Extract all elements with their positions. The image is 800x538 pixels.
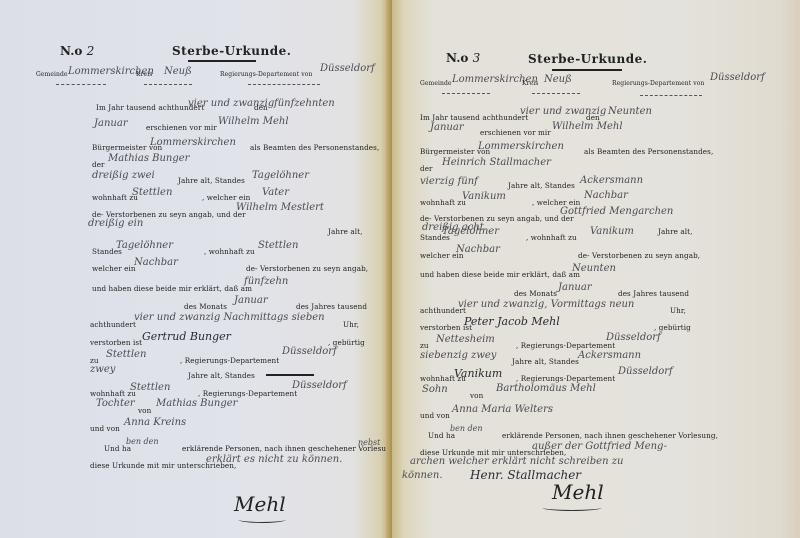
regdept-label: Regierungs-Departement von — [612, 80, 704, 87]
signing-note-3: können. — [402, 470, 443, 481]
place-value: Lommerskirchen — [150, 137, 236, 148]
left-page: N.o 2 Sterbe-Urkunde. Gemeinde Lommerski… — [0, 0, 392, 538]
relation-to-parents: Tochter — [96, 398, 135, 409]
declarant2-relation: Nachbar — [134, 257, 178, 268]
place-value: Lommerskirchen — [478, 141, 564, 152]
day-value: fünfzehnten — [274, 98, 335, 109]
declarant1-relation: Nachbar — [584, 190, 628, 201]
death-day: fünfzehn — [244, 276, 288, 287]
deceased-name: Peter Jacob Mehl — [464, 315, 560, 328]
declarant1-age: vierzig fünf — [420, 176, 478, 187]
kreis-label: Kreis — [522, 80, 538, 87]
declarant2-residence: Stettlen — [258, 240, 298, 251]
gemeinde-label: Gemeinde — [36, 71, 68, 78]
declarant1-name: Heinrich Stallmacher — [442, 157, 551, 168]
declarant2-profession: Tagelöhner — [116, 240, 173, 251]
official-signature: Mehl — [552, 480, 604, 504]
title-rule — [552, 69, 622, 71]
record-number: N.o 2 — [60, 44, 94, 58]
death-year-time: vier und zwanzig, Vormittags neun — [458, 299, 634, 310]
official-name: Wilhelm Mehl — [552, 121, 623, 132]
regdept-value: Düsseldorf — [320, 63, 375, 74]
title-rule — [188, 60, 256, 62]
mother-name: Anna Kreins — [124, 417, 186, 428]
relation-to-parents: Sohn — [422, 384, 448, 395]
father-name: Bartholomäus Mehl — [496, 383, 596, 394]
regdept-value: Düsseldorf — [710, 72, 765, 83]
death-day: Neunten — [572, 263, 616, 274]
declarant1-residence: Vanikum — [462, 191, 506, 202]
birth-dept: Düsseldorf — [282, 346, 337, 357]
death-month: Januar — [558, 282, 592, 293]
signing-note: außer der Gottfried Meng- — [532, 441, 667, 452]
deceased-name: Gertrud Bunger — [142, 330, 231, 343]
declarant2-name: Wilhelm Mestlert — [236, 202, 324, 213]
kreis-label: Kreis — [136, 71, 152, 78]
deceased-profession: Ackersmann — [578, 350, 641, 361]
declarant1-name: Mathias Bunger — [108, 153, 189, 164]
document-title: Sterbe-Urkunde. — [172, 44, 291, 58]
deceased-age: siebenzig zwey — [420, 350, 496, 361]
kreis-value: Neuß — [544, 74, 572, 85]
deceased-age: zwey — [90, 364, 115, 375]
mother-name: Anna Maria Welters — [452, 404, 553, 415]
record-number: N.o 3 — [446, 51, 480, 65]
month-value: Januar — [94, 118, 128, 129]
residence-dept: Düsseldorf — [618, 366, 673, 377]
declarant1-age: dreißig zwei — [92, 170, 155, 181]
declarant1-profession: Tagelöhner — [252, 170, 309, 181]
birthplace: Nettesheim — [436, 334, 495, 345]
birth-dept: Düsseldorf — [606, 332, 661, 343]
declarant1-profession: Ackersmann — [580, 175, 643, 186]
kreis-value: Neuß — [164, 66, 192, 77]
official-signature: Mehl — [234, 492, 286, 516]
regdept-label: Regierungs-Departement von — [220, 71, 312, 78]
death-month: Januar — [234, 295, 268, 306]
birthplace: Stettlen — [106, 349, 146, 360]
father-name: Mathias Bunger — [156, 398, 237, 409]
residence-dept: Düsseldorf — [292, 380, 347, 391]
gemeinde-label: Gemeinde — [420, 80, 452, 87]
declarant2-age: dreißig ein — [88, 218, 143, 229]
declarant1-residence: Stettlen — [132, 187, 172, 198]
death-year-time: vier und zwanzig Nachmittags sieben — [134, 312, 325, 323]
day-value: Neunten — [608, 106, 652, 117]
right-page: N.o 3 Sterbe-Urkunde. Gemeinde Lommerski… — [392, 0, 800, 538]
signing-note-2: archen welcher erklärt nicht schreiben z… — [410, 456, 623, 467]
month-value: Januar — [430, 122, 464, 133]
declarant2-residence: Vanikum — [590, 226, 634, 237]
declarant2-relation: Nachbar — [456, 244, 500, 255]
declarant1-relation: Vater — [262, 187, 289, 198]
declarant2-name: Gottfried Mengarchen — [560, 206, 673, 217]
residence: Stettlen — [130, 382, 170, 393]
residence: Vanikum — [454, 367, 502, 380]
document-title: Sterbe-Urkunde. — [528, 52, 647, 66]
signing-note: erklärt es nicht zu können. — [206, 454, 342, 465]
declarant2-profession: Tagelöhner — [442, 226, 499, 237]
official-name: Wilhelm Mehl — [218, 116, 289, 127]
